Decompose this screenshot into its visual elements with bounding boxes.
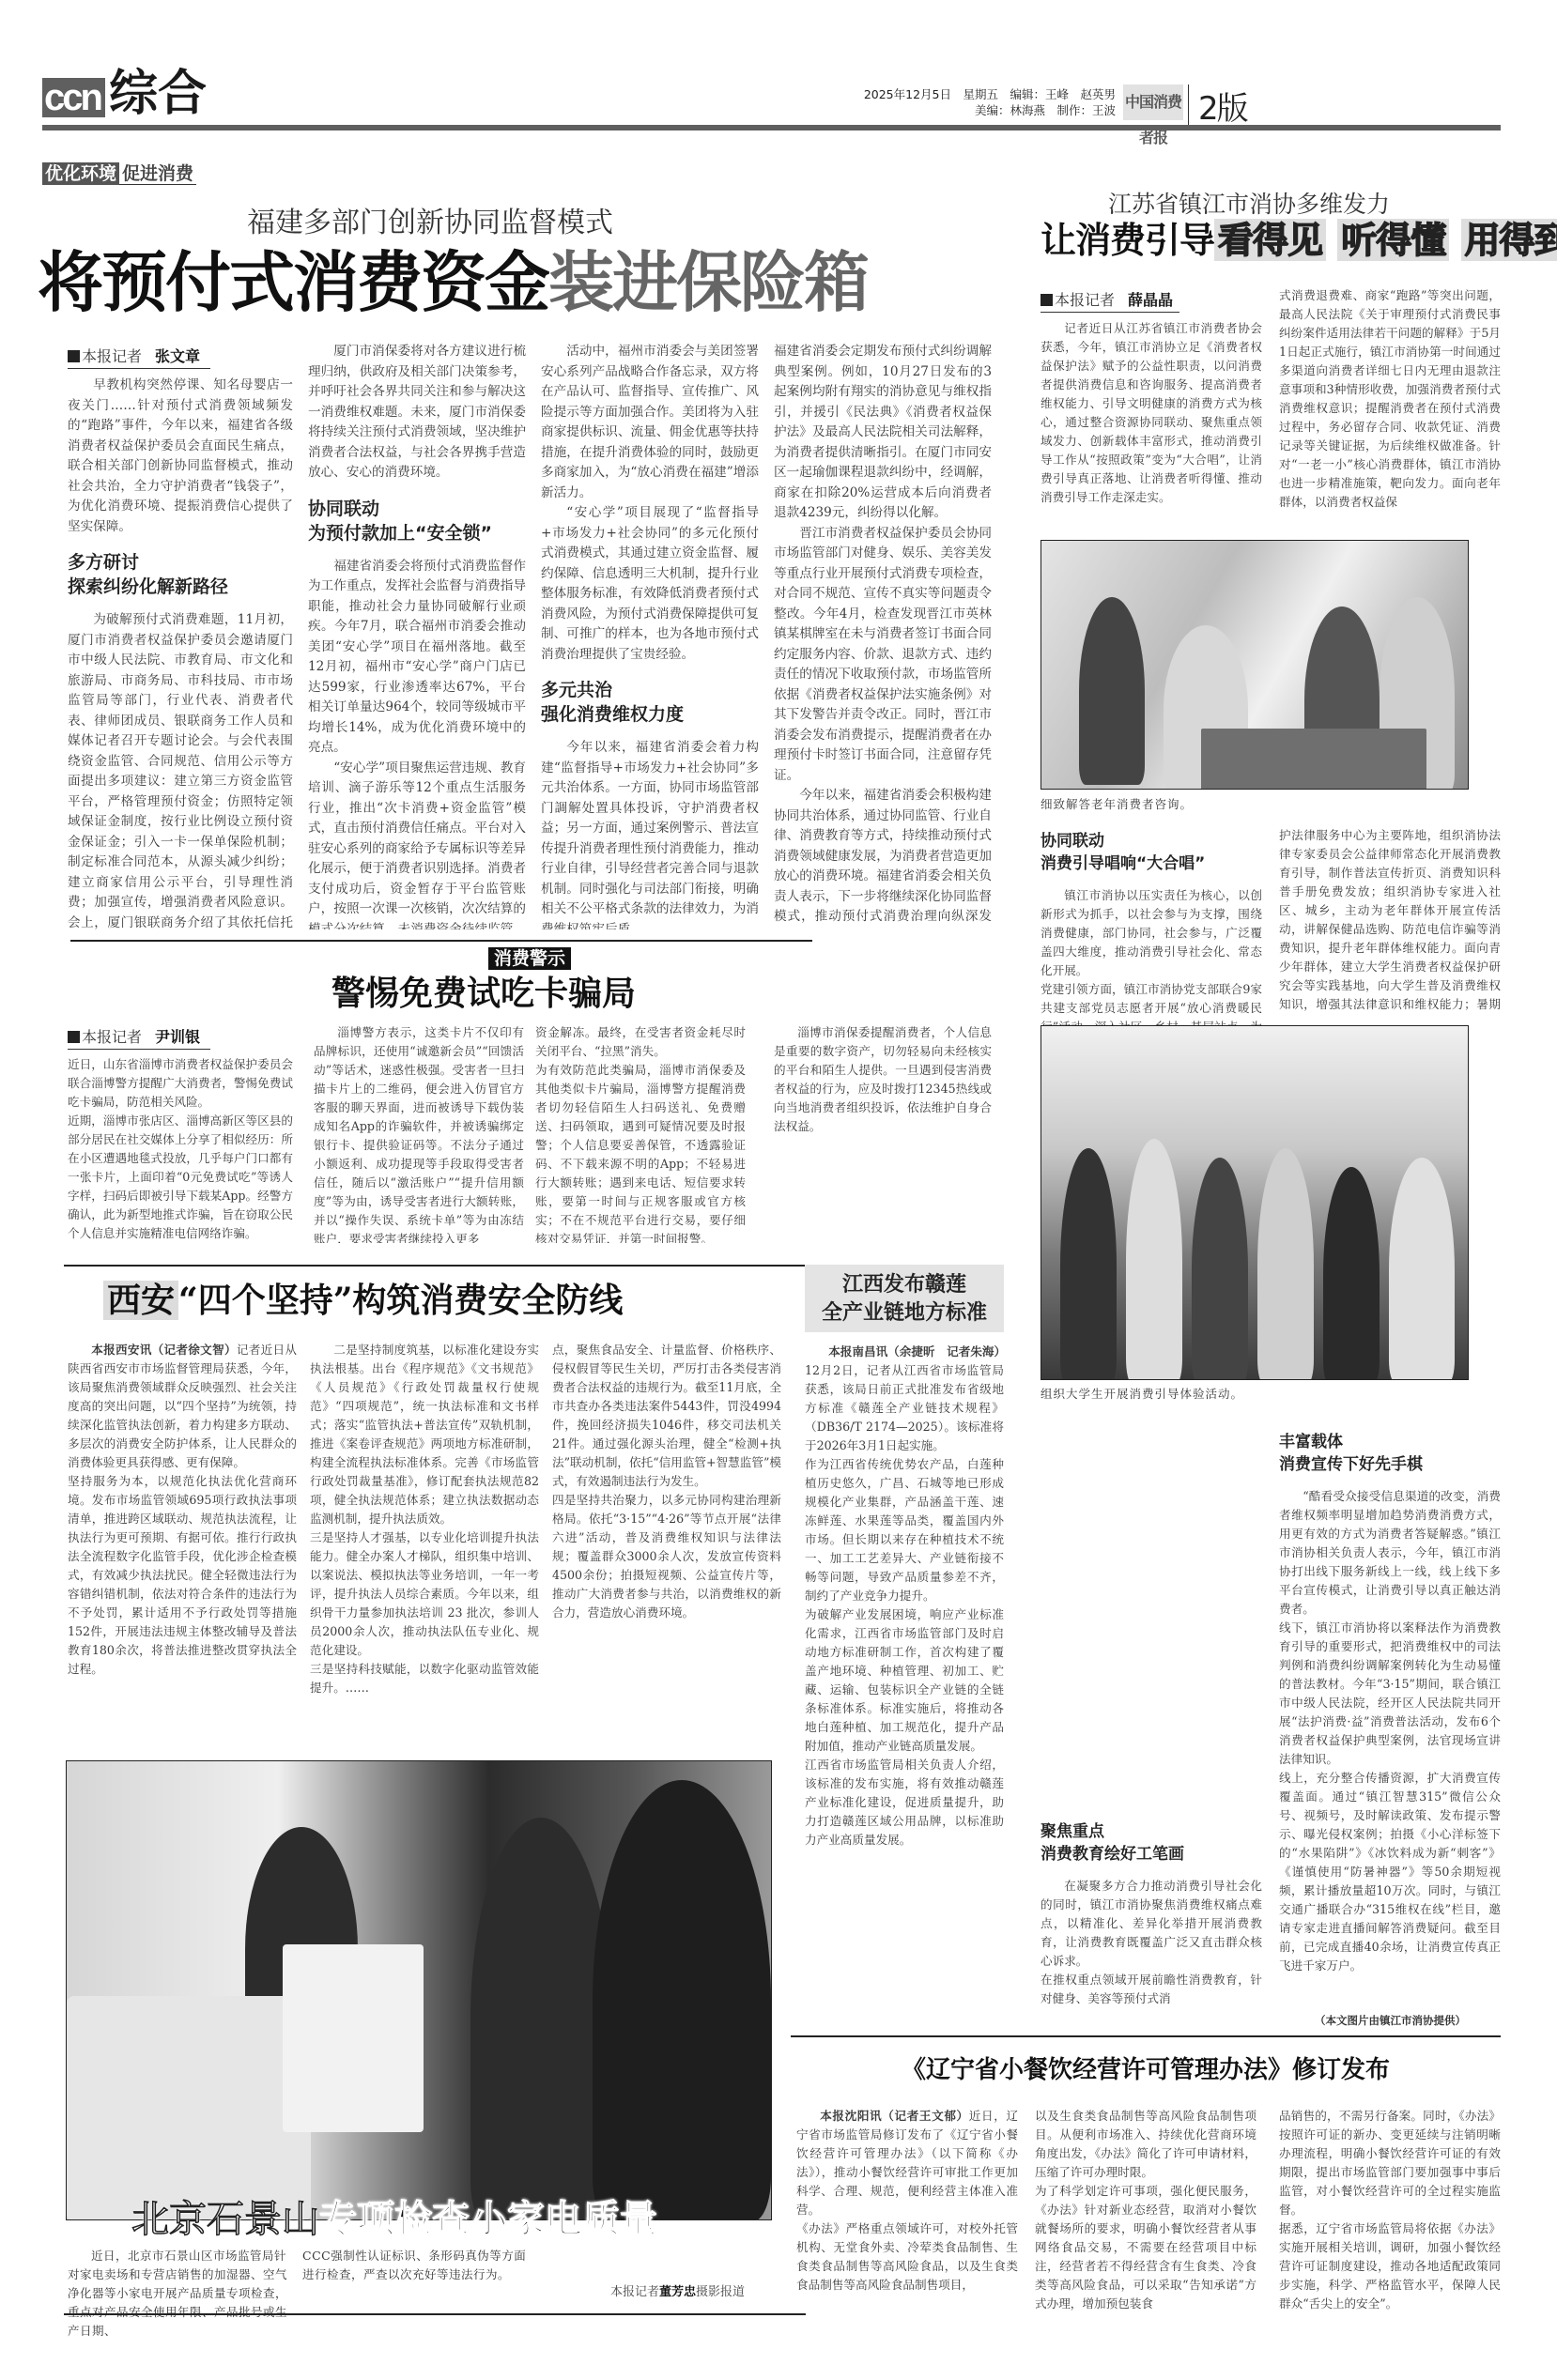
zhenjiang-headline-dark: 让消费引导: [1041, 219, 1214, 261]
xian-col-1: 本报西安讯（记者徐文智）记者近日从陕西省西安市市场监督管理局获悉，今年，该局聚焦…: [68, 1341, 297, 1754]
jiangxi-title-box: 江西发布赣莲 全产业链地方标准: [805, 1265, 1004, 1332]
xian-headline-rest: “四个坚持”构筑消费安全防线: [178, 1281, 623, 1320]
zibo-byline: 本报记者尹训银: [68, 1025, 210, 1050]
zibo-col-1: 近日，山东省淄博市消费者权益保护委员会联合淄博警方提醒广大消费者，警惕免费试吃卡…: [68, 1055, 293, 1243]
xian-headline-highlight: 西安: [103, 1281, 178, 1320]
xian-col-2: 二是坚持制度筑基，以标准化建设夯实执法根基。出台《程序规范》《文书规范》《人员规…: [310, 1341, 539, 1754]
zibo-tag-wrap: 消费警示: [488, 944, 571, 970]
zhenjiang-col-1c: 聚焦重点 消费教育绘好工笔画 在凝聚多方合力推动消费引导社会化的同时，镇江市消协…: [1041, 1817, 1262, 2009]
beijing-inspection-photo: [66, 1760, 772, 2220]
liaoning-top-rule: [791, 2035, 1501, 2037]
beijing-photo-credit: 本报记者董芳忠摄影报道: [610, 2281, 745, 2299]
beijing-bottom-rule: [64, 2313, 806, 2315]
zhenjiang-col-1: 记者近日从江苏省镇江市消费者协会获悉，今年，镇江市消协立足《消费者权益保护法》赋…: [1041, 319, 1262, 530]
zhenjiang-subhead-2: 丰富载体 消费宣传下好先手棋: [1279, 1431, 1501, 1476]
byline-square-icon: [68, 350, 80, 362]
staff-line: 美编：林海燕 制作：王波: [864, 102, 1116, 118]
zibo-top-rule: [70, 940, 812, 942]
consumer-warning-tag: 消费警示: [488, 947, 571, 970]
column-tag-dark: 优化环境: [42, 162, 119, 185]
liaoning-col-3: 品销售的，不需另行备案。同时，《办法》按照许可证的新办、变更延续与注销明晰办理流…: [1279, 2107, 1501, 2342]
photo-figure: [1389, 1158, 1455, 1380]
zibo-col-3: 资金解冻。最终，在受害者资金耗尽时关闭平台、“拉黑”消失。 为有效防范此类骗局，…: [535, 1023, 746, 1243]
fujian-kicker: 福建多部门创新协同监督模式: [167, 199, 693, 240]
fujian-headline-dark: 将预付式消费资金: [38, 243, 548, 321]
zhenjiang-col-2c: 丰富载体 消费宣传下好先手棋 “酷看受众接受信息渠道的改变，消费者维权频率明显增…: [1279, 1427, 1501, 2009]
fujian-subhead-1: 多方研讨 探索纠纷化解新路径: [68, 550, 293, 599]
zhenjiang-headline-part-3: 用得到: [1461, 219, 1557, 261]
liaoning-col-1: 本报沈阳讯（记者王文郁）近日，辽宁省市场监管局修订发布了《辽宁省小餐饮经营许可管…: [796, 2107, 1018, 2342]
fujian-subhead-3: 多元共治 强化消费维权力度: [541, 678, 759, 727]
byline-square-icon: [68, 1031, 80, 1043]
photo-figure: [1192, 1158, 1248, 1380]
photo-figure: [1257, 1148, 1314, 1380]
header-divider: [1188, 84, 1189, 125]
photo-appliance: [283, 1944, 424, 2132]
photo-figure: [1323, 1167, 1380, 1380]
zhenjiang-byline: 本报记者薛晶晶: [1041, 288, 1179, 313]
liaoning-headline: 《辽宁省小餐饮经营许可管理办法》修订发布: [791, 2051, 1501, 2089]
fujian-headline: 将预付式消费资金装进保险箱: [38, 242, 868, 323]
photo-figure: [470, 1818, 611, 2220]
photo-figure: [1060, 1148, 1117, 1380]
zibo-col-2: 淄博警方表示，这类卡片不仅印有品牌标识，还使用“诚邀新会员”“回馈活动”等话术，…: [314, 1023, 524, 1243]
column-tag: 优化环境 促进消费: [42, 162, 196, 185]
fujian-byline: 本报记者张文章: [68, 345, 210, 369]
section-title: 综合: [109, 68, 207, 120]
zhenjiang-subhead-3: 聚焦重点 消费教育绘好工笔画: [1041, 1820, 1262, 1866]
photo-figure: [1126, 1139, 1182, 1380]
zhenjiang-caption-2: 组织大学生开展消费引导体验活动。: [1041, 1385, 1243, 1404]
issue-meta: 2025年12月5日 星期五 编辑：王峰 赵英男 美编：林海燕 制作：王波: [864, 86, 1116, 118]
date-editor-line: 2025年12月5日 星期五 编辑：王峰 赵英男: [864, 86, 1116, 102]
fujian-headline-gray: 装进保险箱: [548, 243, 868, 321]
zhenjiang-headline-part-2: 听得懂: [1337, 219, 1449, 261]
xian-col-3: 点，聚焦食品安全、计量监督、价格秩序、侵权假冒等民生关切，严厉打击各类侵害消费者…: [552, 1341, 781, 1754]
zhenjiang-col-2: 式消费退费难、商家“跑路”等突出问题，最高人民法院《关于审理预付式消费民事纠纷案…: [1279, 286, 1501, 530]
zhenjiang-photo-elderly: [1041, 540, 1469, 790]
zhenjiang-photo-credit: （本文图片由镇江市消协提供）: [1315, 2011, 1466, 2030]
zhenjiang-col-2b: 护法律服务中心为主要阵地，组织消协法律专家委员会公益律师常态化开展消费教育引导，…: [1279, 826, 1501, 1014]
header-rule: [42, 125, 1501, 131]
photo-table: [1201, 729, 1426, 790]
byline-square-icon: [1041, 294, 1053, 306]
fujian-col-1: 早教机构突然停课、知名母婴店一夜关门……针对预付式消费领域频发的“跑路”事件，今…: [68, 376, 293, 929]
photo-figure: [1079, 597, 1145, 785]
xian-top-rule: [64, 1265, 806, 1267]
page-number: 2版: [1198, 83, 1247, 129]
beijing-photo-title: 北京石景山专项检查小家电质量: [131, 2197, 657, 2242]
zhenjiang-kicker: 江苏省镇江市消协多维发力: [1108, 186, 1390, 220]
zhenjiang-headline-part-1: 看得见: [1214, 219, 1326, 261]
xian-headline: 西安“四个坚持”构筑消费安全防线: [103, 1277, 623, 1324]
zhenjiang-headline: 让消费引导看得见 听得懂 用得到: [1041, 218, 1557, 263]
fujian-col-4: 福建省消委会定期发布预付式纠纷调解典型案例。例如，10月27日发布的3起案例均附…: [774, 342, 992, 929]
newspaper-logo: ccn: [42, 78, 105, 117]
zhenjiang-subhead-1: 协同联动 消费引导唱响“大合唱”: [1041, 830, 1262, 875]
jiangxi-title-line1: 江西发布赣莲: [805, 1270, 1004, 1298]
liaoning-col-2: 以及生食类食品制售等高风险食品制售项目。从便利市场准入、持续优化营商环境角度出发…: [1035, 2107, 1256, 2342]
zibo-col-4: 淄博市消保委提醒消费者，个人信息是重要的数字资产，切勿轻易向未经核实的平台和陌生…: [774, 1023, 992, 1243]
paper-masthead: 中国消费者报: [1123, 84, 1183, 120]
beijing-caption-right: CCC强制性认证标识、条形码真伪等方面进行检查，严查以次充好等违法行为。: [302, 2247, 528, 2284]
beijing-caption-left: 近日，北京市石景山区市场监管局针对家电卖场和专营店销售的加湿器、空气净化器等小家…: [68, 2247, 293, 2341]
photo-figure: [593, 1780, 771, 2220]
zhenjiang-caption-1: 细致解答老年消费者咨询。: [1041, 795, 1193, 814]
fujian-subhead-2: 协同联动 为预付款加上“安全锁”: [308, 497, 526, 545]
jiangxi-title-line2: 全产业链地方标准: [805, 1298, 1004, 1327]
fujian-col-3: 活动中，福州市消委会与美团签署安心系列产品战略合作备忘录，双方将在产品认可、监督…: [541, 342, 759, 929]
zibo-headline: 警惕免费试吃卡骗局: [282, 971, 686, 1016]
column-tag-light: 促进消费: [119, 162, 196, 185]
photo-appliance: [67, 1996, 311, 2220]
jiangxi-body: 本报南昌讯（余捷昕 记者朱海）12月2日，记者从江西省市场监管局获悉，该局日前正…: [805, 1343, 1004, 1906]
zhenjiang-photo-students: [1041, 1025, 1469, 1380]
fujian-col-2: 厦门市消保委将对各方建议进行梳理归纳，供政府及相关部门决策参考，并呼吁社会各界共…: [308, 342, 526, 929]
